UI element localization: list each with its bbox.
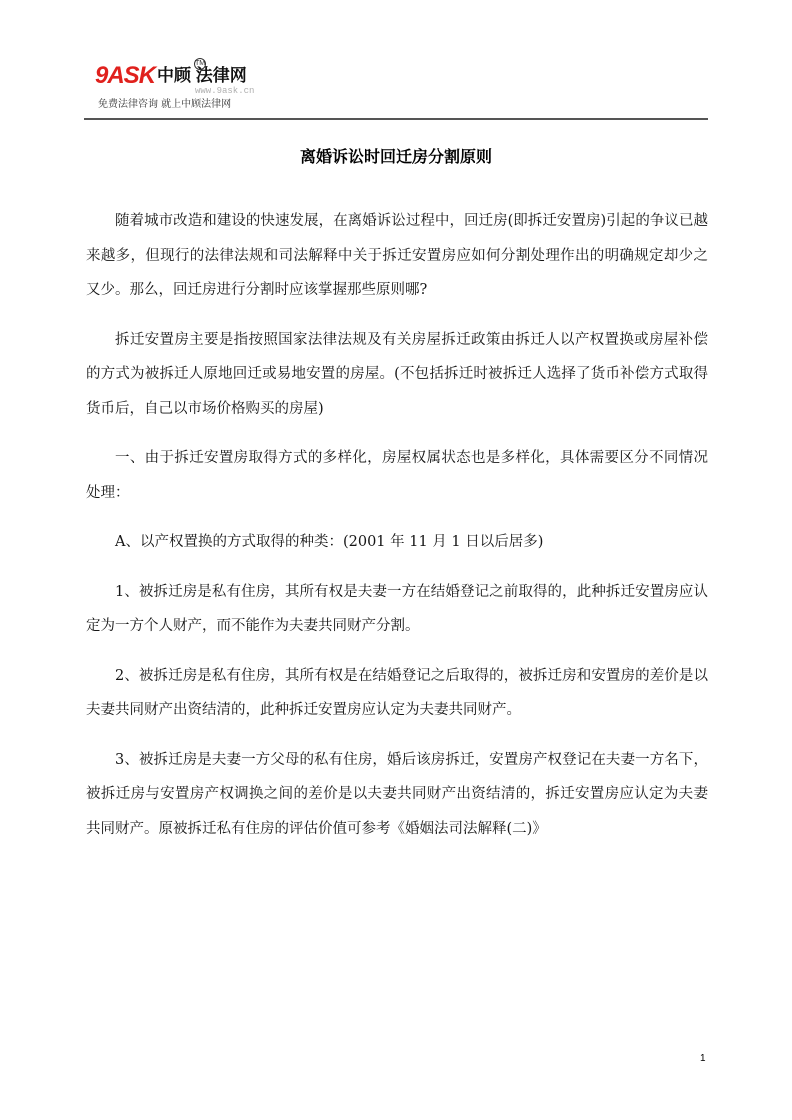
trademark-icon: TM bbox=[194, 58, 206, 70]
paragraph-intro: 随着城市改造和建设的快速发展，在离婚诉讼过程中，回迁房(即拆迁安置房)引起的争议… bbox=[86, 204, 708, 308]
document-body: 随着城市改造和建设的快速发展，在离婚诉讼过程中，回迁房(即拆迁安置房)引起的争议… bbox=[86, 204, 708, 861]
site-logo[interactable]: 9ASK 中顾 法律网 TM www.9ask.cn 免费法律咨询 就上中顾法律… bbox=[95, 60, 265, 115]
logo-url: www.9ask.cn bbox=[195, 86, 254, 96]
logo-mark: 9ASK bbox=[95, 62, 155, 90]
header-divider bbox=[84, 118, 708, 120]
logo-slogan: 免费法律咨询 就上中顾法律网 bbox=[98, 99, 231, 111]
document-page: 9ASK 中顾 法律网 TM www.9ask.cn 免费法律咨询 就上中顾法律… bbox=[0, 0, 792, 1120]
document-title: 离婚诉讼时回迁房分割原则 bbox=[0, 146, 792, 168]
paragraph-definition: 拆迁安置房主要是指按照国家法律法规及有关房屋拆迁政策由拆迁人以产权置换或房屋补偿… bbox=[86, 323, 708, 427]
paragraph-item-3: 3、被拆迁房是夫妻一方父母的私有住房，婚后该房拆迁，安置房产权登记在夫妻一方名下… bbox=[86, 743, 708, 847]
paragraph-section-a: A、以产权置换的方式取得的种类：(2001 年 11 月 1 日以后居多) bbox=[86, 525, 708, 560]
paragraph-item-2: 2、被拆迁房是私有住房，其所有权是在结婚登记之后取得的，被拆迁房和安置房的差价是… bbox=[86, 659, 708, 728]
page-number: 1 bbox=[700, 1053, 706, 1064]
paragraph-item-1: 1、被拆迁房是私有住房，其所有权是夫妻一方在结婚登记之前取得的，此种拆迁安置房应… bbox=[86, 575, 708, 644]
paragraph-section-one: 一、由于拆迁安置房取得方式的多样化，房屋权属状态也是多样化，具体需要区分不同情况… bbox=[86, 441, 708, 510]
